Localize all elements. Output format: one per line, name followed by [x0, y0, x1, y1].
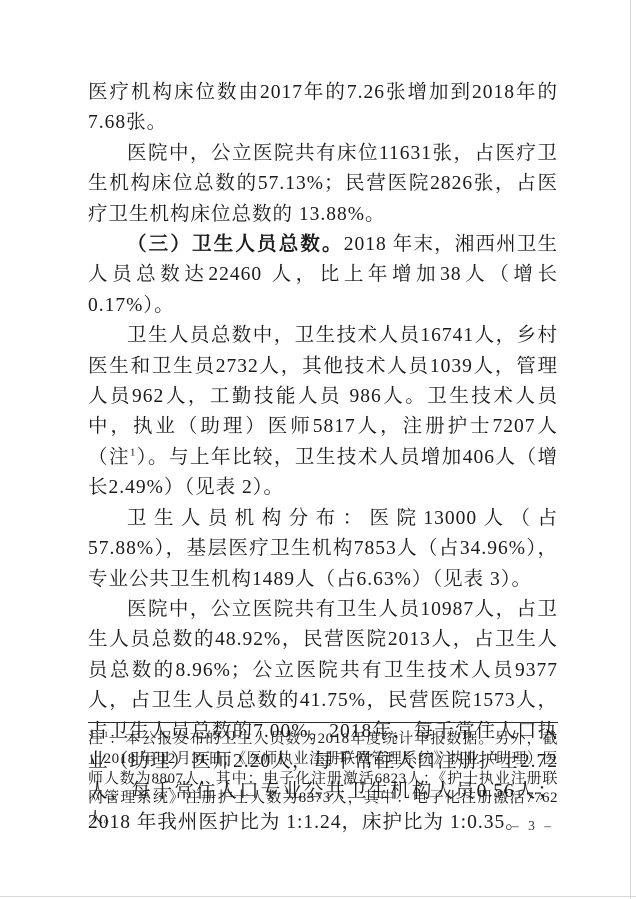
section-heading: （三）卫生人员总数。	[127, 234, 344, 255]
footnote-text: 注1：本公报发布的卫生人员数为2018年度统计年报数据。另外，截止2018 年 …	[88, 730, 558, 829]
body-paragraph-bed-count-continued: 医疗机构床位数由2017年的7.26张增加到2018年的7.68张。	[88, 78, 558, 139]
footnote-section: 注1：本公报发布的卫生人员数为2018年度统计年报数据。另外，截止2018 年 …	[88, 722, 558, 829]
document-page: 医疗机构床位数由2017年的7.26张增加到2018年的7.68张。 医院中，公…	[0, 0, 636, 899]
body-paragraph-institution-distribution: 卫生人员机构分布：医院13000人（占57.88%），基层医疗卫生机构7853人…	[88, 504, 558, 595]
scan-edge-artifact-right	[630, 0, 631, 899]
scan-edge-artifact-bottom	[0, 896, 636, 897]
footnote-body: ：本公报发布的卫生人员数为2018年度统计年报数据。另外，截止2018 年 12…	[88, 731, 558, 826]
page-number: – 3 –	[88, 818, 554, 834]
footnote-label: 注	[88, 731, 104, 747]
body-paragraph-personnel-breakdown: 卫生人员总数中，卫生技术人员16741人，乡村医生和卫生员2732人，其他技术人…	[88, 321, 558, 503]
body-paragraph-personnel-total: （三）卫生人员总数。2018 年末，湘西州卫生人员总数达22460 人，比上年增…	[88, 230, 558, 321]
body-paragraph-hospital-beds: 医院中，公立医院共有床位11631张，占医疗卫生机构床位总数的57.13%；民营…	[88, 139, 558, 230]
footnote-divider	[88, 722, 558, 723]
paragraph-text: ）。与上年比较，卫生技术人员增加406人（增长2.49%）（见表 2）。	[88, 447, 558, 498]
